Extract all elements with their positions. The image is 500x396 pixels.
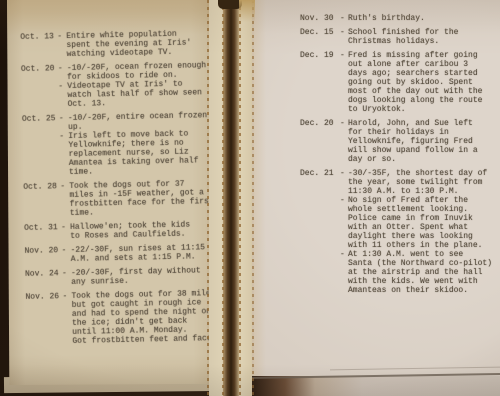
entry-item: -Took the dogs out for 38 miles but got … xyxy=(62,289,218,346)
entry-items: -Took the dogs out for 37 miles in -15F … xyxy=(60,179,216,218)
right-page: Nov. 30 -Ruth's birthday. Dec. 15 -Schoo… xyxy=(248,0,500,376)
diary-entry: Nov. 20 --22/-30F, sun rises at 11:15 A.… xyxy=(24,243,216,265)
deckled-edge xyxy=(239,0,241,396)
entry-text: Iris left to move back to Yellowknife; t… xyxy=(68,129,199,177)
entry-text: At 1:30 A.M. went to see Santa (the Nort… xyxy=(348,250,492,295)
entry-text: Fred is missing after going out alone af… xyxy=(348,51,482,114)
entry-text: No sign of Fred after the whole settleme… xyxy=(348,196,482,250)
entry-item: --20/-30F, first day without any sunrise… xyxy=(62,266,217,287)
entry-date: Nov. 30 xyxy=(300,14,340,23)
diary-entry: Nov. 30 -Ruth's birthday. xyxy=(300,14,496,23)
entry-text: Harold, John, and Sue left for their hol… xyxy=(348,119,478,164)
entry-items: -School finished for the Christmas holid… xyxy=(340,28,496,46)
entry-dash: - xyxy=(59,114,68,132)
entry-items: --10/-20F, ocean frozen enough for skido… xyxy=(58,61,214,109)
diary-entry: Dec. 20 -Harold, John, and Sue left for … xyxy=(300,119,496,164)
entry-date: Dec. 20 xyxy=(300,119,340,164)
book-binding xyxy=(203,0,261,396)
entry-dash: - xyxy=(340,51,348,114)
open-journal-photo: Oct. 13 -Entire white population spent t… xyxy=(0,0,500,396)
entry-item: -Harold, John, and Sue left for their ho… xyxy=(340,119,496,164)
entry-item: -Videotape TV at Iris' to watch last hal… xyxy=(58,79,214,109)
diary-entry: Dec. 15 -School finished for the Christm… xyxy=(300,28,496,46)
left-page: Oct. 13 -Entire white population spent t… xyxy=(7,0,219,385)
entry-item: -No sign of Fred after the whole settlem… xyxy=(340,196,496,250)
entry-text: School finished for the Christmas holida… xyxy=(348,28,458,46)
diary-entry: Nov. 24 --20/-30F, first day without any… xyxy=(25,266,217,288)
entry-date: Oct. 13 xyxy=(20,32,58,60)
entry-dash: - xyxy=(340,196,348,250)
entry-items: -Harold, John, and Sue left for their ho… xyxy=(340,119,496,164)
entry-items: -Fred is missing after going out alone a… xyxy=(340,51,496,114)
entry-dash: - xyxy=(340,250,348,295)
binding-gutter-shadow xyxy=(223,0,239,396)
left-page-entries: Oct. 13 -Entire white population spent t… xyxy=(20,29,218,352)
entry-items: -Ruth's birthday. xyxy=(340,14,496,23)
entry-text: Took the dogs out for 38 miles but got c… xyxy=(71,289,216,346)
entry-item: -Iris left to move back to Yellowknife; … xyxy=(59,129,215,177)
deckled-edge xyxy=(222,0,224,396)
entry-date: Oct. 25 xyxy=(22,114,60,178)
entry-item: -Entire white population spent the eveni… xyxy=(57,29,213,59)
entry-dash: - xyxy=(340,119,348,164)
diary-entry: Oct. 20 --10/-20F, ocean frozen enough f… xyxy=(21,61,214,110)
binding-top-page-edge xyxy=(239,0,255,22)
diary-entry: Oct. 28 -Took the dogs out for 37 miles … xyxy=(23,179,216,219)
entry-item: --30/-35F, the shortest day of the year,… xyxy=(340,169,496,196)
entry-text: Videotape TV at Iris' to watch last half… xyxy=(67,79,202,109)
entry-date: Nov. 24 xyxy=(25,269,62,288)
entry-dash: - xyxy=(62,269,71,287)
entry-dash: - xyxy=(58,64,67,82)
entry-text: -30/-35F, the shortest day of the year, … xyxy=(348,169,487,196)
entry-text: -20/-30F, first day without any sunrise. xyxy=(71,266,201,287)
entry-date: Oct. 28 xyxy=(23,182,61,219)
entry-dash: - xyxy=(340,28,348,46)
diary-entry: Oct. 25 --10/-20F, entire ocean frozen u… xyxy=(22,111,215,178)
entry-date: Dec. 19 xyxy=(300,51,340,114)
right-page-entries: Nov. 30 -Ruth's birthday. Dec. 15 -Schoo… xyxy=(300,14,496,300)
entry-text: Entire white population spent the evenin… xyxy=(66,29,191,58)
page-edge-stack-left xyxy=(209,0,223,396)
entry-date: Dec. 21 xyxy=(300,169,340,295)
deckled-edge xyxy=(207,0,209,396)
entry-items: -Entire white population spent the eveni… xyxy=(57,29,213,59)
entry-item: --22/-30F, sun rises at 11:15 A.M. and s… xyxy=(61,243,216,264)
entry-date: Oct. 31 xyxy=(24,223,61,242)
entry-items: --20/-30F, first day without any sunrise… xyxy=(62,266,217,287)
entry-items: -Hallowe'en; took the kids to Roses and … xyxy=(61,220,216,241)
diary-entry: Nov. 26 -Took the dogs out for 38 miles … xyxy=(25,289,218,347)
entry-item: -Fred is missing after going out alone a… xyxy=(340,51,496,114)
entry-item: -At 1:30 A.M. went to see Santa (the Nor… xyxy=(340,250,496,295)
entry-date: Nov. 20 xyxy=(24,246,61,265)
entry-text: -22/-30F, sun rises at 11:15 A.M. and se… xyxy=(70,243,205,264)
diary-entry: Dec. 21 --30/-35F, the shortest day of t… xyxy=(300,169,496,295)
entry-item: -Ruth's birthday. xyxy=(340,14,496,23)
entry-item: -Hallowe'en; took the kids to Roses and … xyxy=(61,220,216,241)
entry-text: Took the dogs out for 37 miles in -15F w… xyxy=(69,179,214,218)
entry-items: -Took the dogs out for 38 miles but got … xyxy=(62,289,218,346)
entry-dash: - xyxy=(340,14,348,23)
entry-dash: - xyxy=(61,223,70,241)
diary-entry: Dec. 19 -Fred is missing after going out… xyxy=(300,51,496,114)
entry-text: Ruth's birthday. xyxy=(348,14,425,23)
entry-items: --10/-20F, entire ocean frozen up.-Iris … xyxy=(59,111,215,177)
entry-items: --30/-35F, the shortest day of the year,… xyxy=(340,169,496,295)
deckled-edge xyxy=(252,0,254,396)
entry-dash: - xyxy=(340,169,348,196)
entry-dash: - xyxy=(61,246,70,264)
entry-date: Oct. 20 xyxy=(21,64,59,110)
entry-item: -School finished for the Christmas holid… xyxy=(340,28,496,46)
entry-items: --22/-30F, sun rises at 11:15 A.M. and s… xyxy=(61,243,216,264)
entry-date: Dec. 15 xyxy=(300,28,340,46)
entry-date: Nov. 26 xyxy=(25,292,63,347)
entry-text: Hallowe'en; took the kids to Roses and C… xyxy=(70,221,190,241)
diary-entry: Oct. 13 -Entire white population spent t… xyxy=(20,29,213,60)
diary-entry: Oct. 31 -Hallowe'en; took the kids to Ro… xyxy=(24,220,216,242)
entry-item: -Took the dogs out for 37 miles in -15F … xyxy=(60,179,216,218)
